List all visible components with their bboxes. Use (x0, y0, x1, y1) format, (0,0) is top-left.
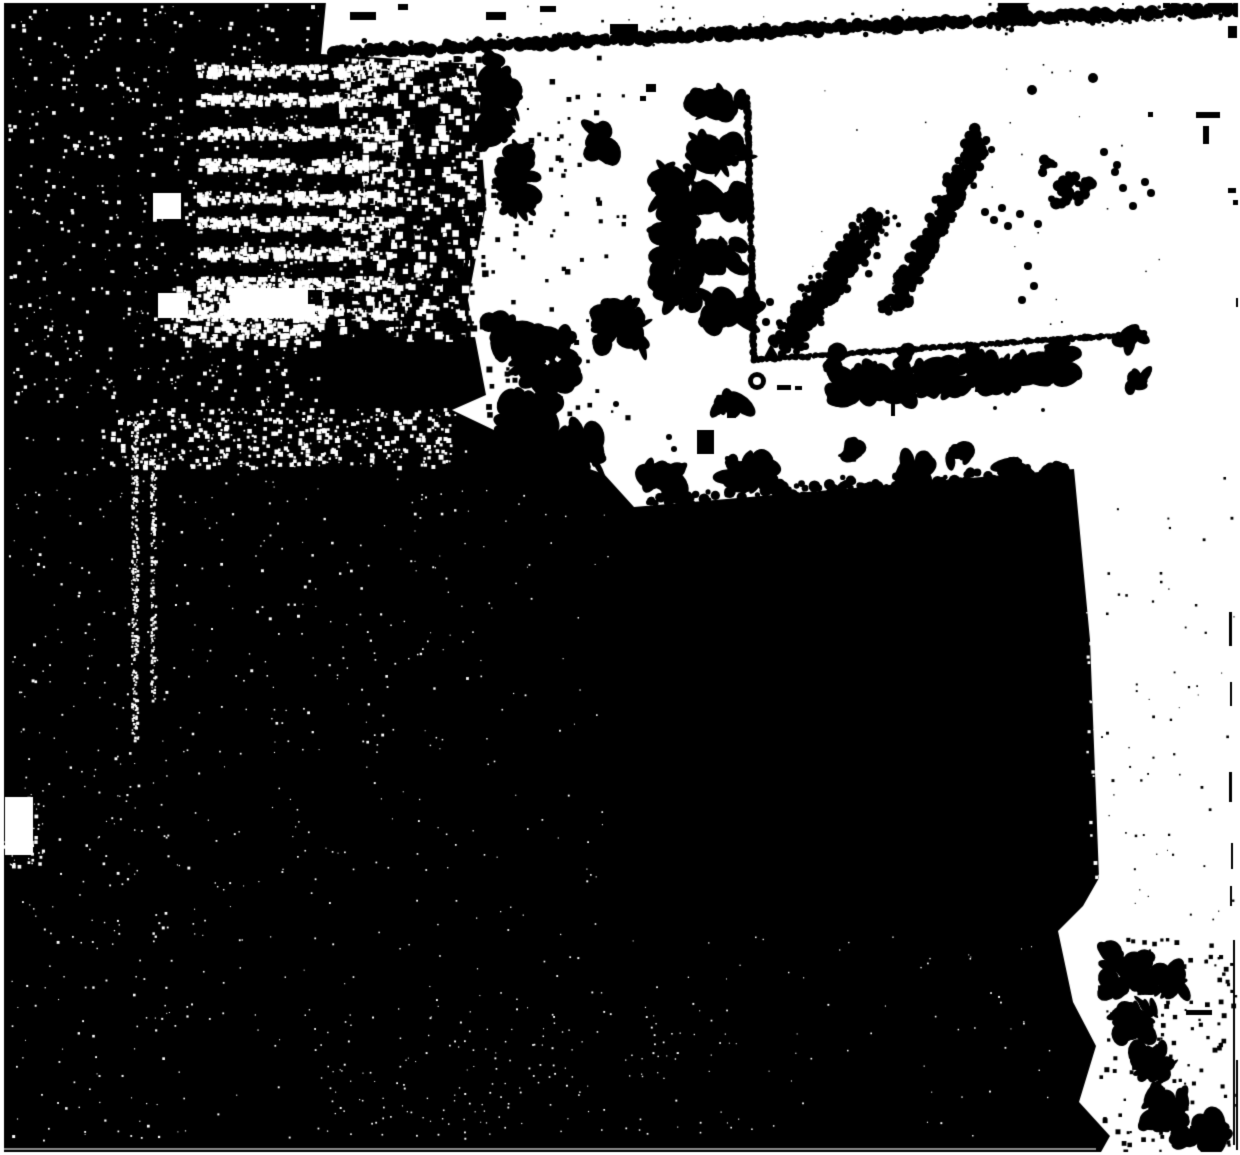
binarized-photo (0, 0, 1240, 1155)
binarized-photo-canvas (0, 0, 1240, 1155)
